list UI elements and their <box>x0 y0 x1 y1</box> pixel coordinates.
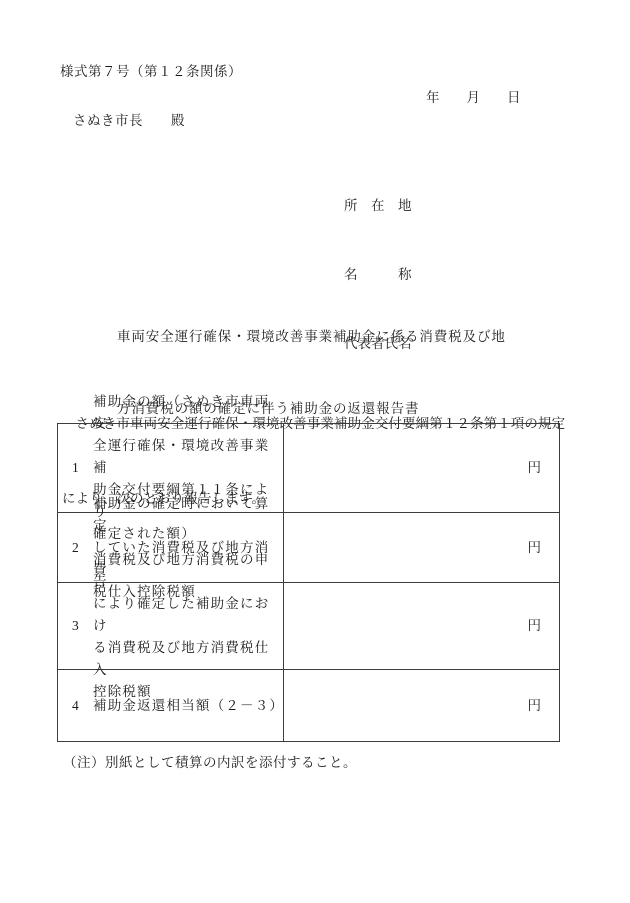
row-label-line: 消費税及び地方消費税の申告 <box>93 549 283 593</box>
row-label-line: により確定した補助金におけ <box>93 593 283 637</box>
document-title-line1: 車両安全運行確保・環境改善事業補助金に係る消費税及び地 <box>117 325 506 349</box>
amount-cell: 円 <box>284 583 559 669</box>
row-number: 1 <box>58 424 93 512</box>
unit-label: 円 <box>528 696 542 716</box>
unit-label: 円 <box>528 538 542 558</box>
unit-label: 円 <box>528 616 542 636</box>
document-page: 様式第７号（第１２条関係） 年 月 日 さぬき市長 殿 所 在 地 名 称 代表… <box>0 0 630 903</box>
row-label-line: 全運行確保・環境改善事業補 <box>93 435 283 479</box>
row-label: 消費税及び地方消費税の申告により確定した補助金における消費税及び地方消費税仕入控… <box>93 583 283 669</box>
row-number: 2 <box>58 513 93 582</box>
amount-cell: 円 <box>284 670 559 741</box>
table-row: 3消費税及び地方消費税の申告により確定した補助金における消費税及び地方消費税仕入… <box>58 582 559 669</box>
addressee-line: さぬき市長 殿 <box>73 111 185 131</box>
table-row: 4補助金返還相当額（２－３）円 <box>58 669 559 741</box>
unit-label: 円 <box>528 458 542 478</box>
note-line: （注）別紙として積算の内訳を添付すること。 <box>63 753 357 773</box>
row-label: 補助金返還相当額（２－３） <box>93 670 283 741</box>
row-number: 4 <box>58 670 93 741</box>
row-label-line: 補助金返還相当額（２－３） <box>93 695 283 717</box>
amount-cell: 円 <box>284 424 559 512</box>
date-line: 年 月 日 <box>426 88 521 108</box>
amount-cell: 円 <box>284 513 559 582</box>
row-label-cell: 3消費税及び地方消費税の申告により確定した補助金における消費税及び地方消費税仕入… <box>58 583 284 669</box>
row-label-line: 補助金の確定時において算定 <box>93 493 283 537</box>
report-table: 1補助金の額（さぬき市車両安全運行確保・環境改善事業補助金交付要綱第１１条により… <box>57 423 560 742</box>
row-number: 3 <box>58 583 93 669</box>
row-label-cell: 4補助金返還相当額（２－３） <box>58 670 284 741</box>
row-label-line: 補助金の額（さぬき市車両安 <box>93 391 283 435</box>
form-number: 様式第７号（第１２条関係） <box>60 62 242 82</box>
recipient-address-label: 所 在 地 <box>344 194 412 217</box>
